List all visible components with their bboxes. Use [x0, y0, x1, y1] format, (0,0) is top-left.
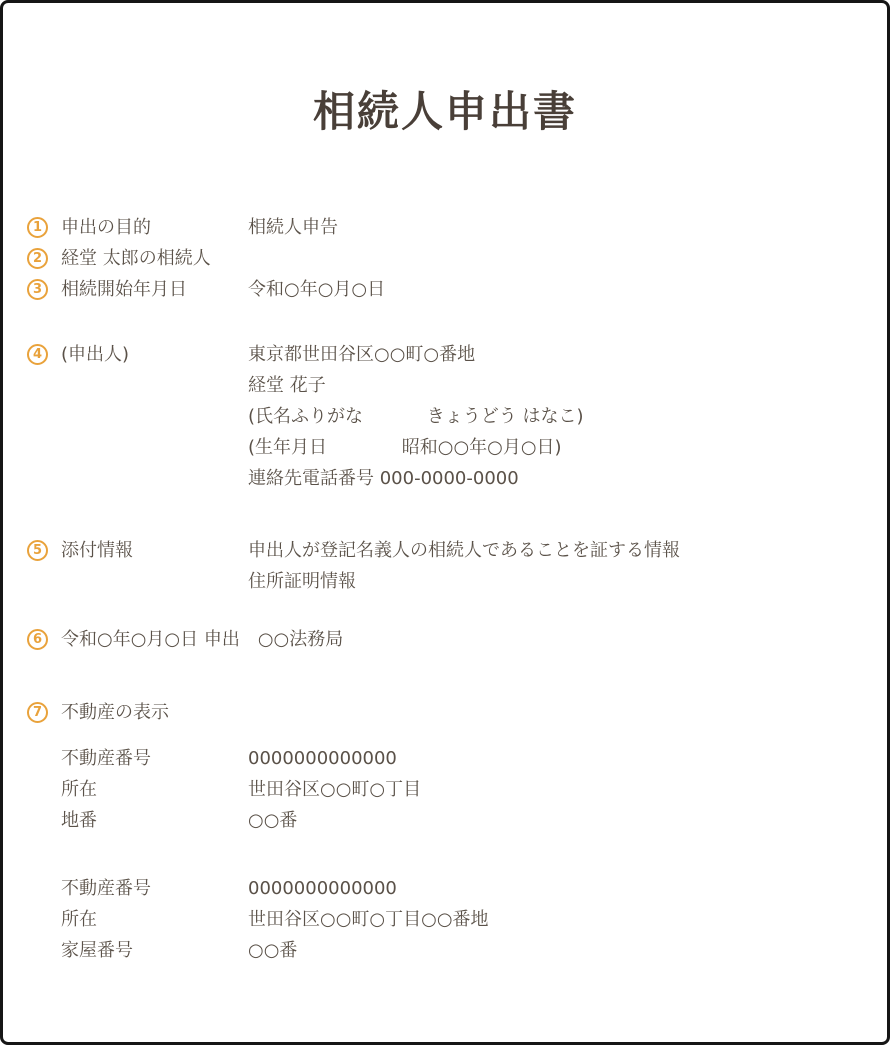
item-property-heading: 7 不動産の表示 — [27, 697, 887, 728]
property-lot-value: ○○番 — [248, 805, 297, 836]
item-decedent-label: 経堂 太郎の相続人 — [61, 243, 887, 274]
applicant-furigana-value: きょうどう はなこ) — [427, 406, 584, 427]
item-inheritance-start-date: 3 相続開始年月日 令和○年○月○日 — [27, 274, 887, 305]
property-location-value: 世田谷区○○町○丁目○○番地 — [248, 904, 489, 935]
circled-number-4: 4 — [27, 344, 48, 365]
applicant-address: 東京都世田谷区○○町○番地 — [248, 339, 887, 370]
item-purpose: 1 申出の目的 相続人申告 — [27, 212, 887, 243]
property-location-label: 所在 — [61, 904, 248, 935]
property-lot-label: 地番 — [61, 805, 248, 836]
property-house-number-value: ○○番 — [248, 935, 297, 966]
circled-number-2: 2 — [27, 248, 48, 269]
item-filing-text: 令和○年○月○日 申出 ○○法務局 — [61, 624, 887, 655]
applicant-birthdate-line: (生年月日 昭和○○年○月○日) — [248, 432, 887, 463]
applicant-phone: 連絡先電話番号 000-0000-0000 — [248, 463, 887, 494]
attachment-details: 申出人が登記名義人の相続人であることを証する情報 住所証明情報 — [248, 535, 887, 597]
property-row: 所在 世田谷区○○町○丁目 — [27, 774, 887, 805]
applicant-birthdate-label: (生年月日 — [248, 432, 396, 463]
applicant-furigana-line: (氏名ふりがな きょうどう はなこ) — [248, 401, 887, 432]
form-content: 1 申出の目的 相続人申告 2 経堂 太郎の相続人 3 相続開始年月日 令和○年… — [3, 212, 887, 966]
item-purpose-label: 申出の目的 — [61, 212, 248, 243]
circled-number-7: 7 — [27, 702, 48, 723]
property-number-value: 0000000000000 — [248, 873, 397, 904]
item-applicant: 4 (申出人) 東京都世田谷区○○町○番地 経堂 花子 (氏名ふりがな きょうど… — [27, 339, 887, 494]
circled-number-3: 3 — [27, 279, 48, 300]
item-property-heading-text: 不動産の表示 — [61, 697, 887, 728]
circled-number-1: 1 — [27, 217, 48, 238]
property-location-label: 所在 — [61, 774, 248, 805]
applicant-furigana-label: (氏名ふりがな — [248, 401, 421, 432]
property-row: 地番 ○○番 — [27, 805, 887, 836]
property-block-2: 不動産番号 0000000000000 所在 世田谷区○○町○丁目○○番地 家屋… — [27, 873, 887, 966]
circled-number-5: 5 — [27, 540, 48, 561]
property-row: 家屋番号 ○○番 — [27, 935, 887, 966]
applicant-birthdate-value: 昭和○○年○月○日) — [402, 437, 562, 458]
attachment-line-1: 申出人が登記名義人の相続人であることを証する情報 — [248, 535, 887, 566]
property-row: 不動産番号 0000000000000 — [27, 873, 887, 904]
item-start-date-label: 相続開始年月日 — [61, 274, 248, 305]
applicant-name: 経堂 花子 — [248, 370, 887, 401]
property-location-value: 世田谷区○○町○丁目 — [248, 774, 421, 805]
circled-number-6: 6 — [27, 629, 48, 650]
property-row: 不動産番号 0000000000000 — [27, 743, 887, 774]
document-page: 相続人申出書 1 申出の目的 相続人申告 2 経堂 太郎の相続人 3 相続開始年… — [0, 0, 890, 1045]
item-start-date-value: 令和○年○月○日 — [248, 274, 385, 305]
item-decedent: 2 経堂 太郎の相続人 — [27, 243, 887, 274]
applicant-details: 東京都世田谷区○○町○番地 経堂 花子 (氏名ふりがな きょうどう はなこ) (… — [248, 339, 887, 494]
property-number-label: 不動産番号 — [61, 743, 248, 774]
item-attachments: 5 添付情報 申出人が登記名義人の相続人であることを証する情報 住所証明情報 — [27, 535, 887, 597]
property-house-number-label: 家屋番号 — [61, 935, 248, 966]
item-applicant-label: (申出人) — [61, 339, 248, 370]
attachment-line-2: 住所証明情報 — [248, 566, 887, 597]
page-title: 相続人申出書 — [3, 89, 887, 135]
property-row: 所在 世田谷区○○町○丁目○○番地 — [27, 904, 887, 935]
property-number-value: 0000000000000 — [248, 743, 397, 774]
item-attachments-label: 添付情報 — [61, 535, 248, 566]
property-block-1: 不動産番号 0000000000000 所在 世田谷区○○町○丁目 地番 ○○番 — [27, 743, 887, 836]
item-filing-date-office: 6 令和○年○月○日 申出 ○○法務局 — [27, 624, 887, 655]
property-number-label: 不動産番号 — [61, 873, 248, 904]
item-purpose-value: 相続人申告 — [248, 212, 338, 243]
